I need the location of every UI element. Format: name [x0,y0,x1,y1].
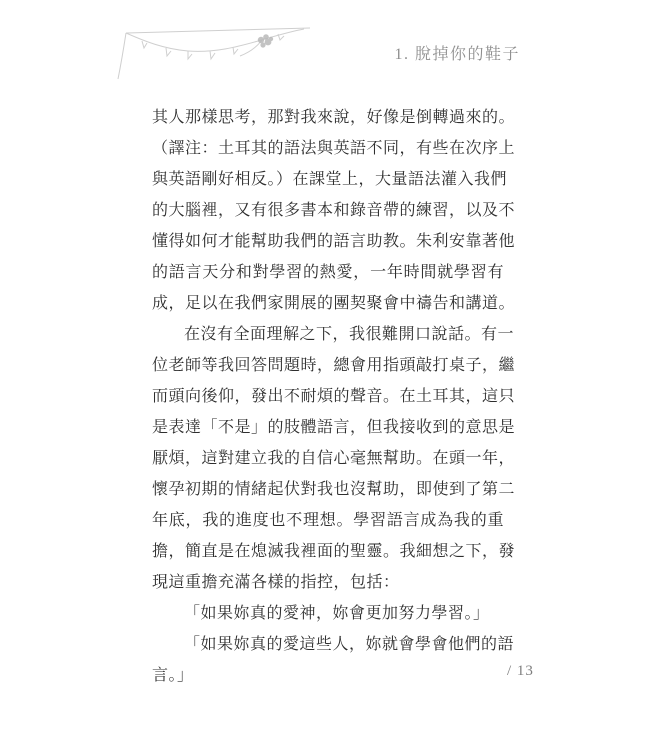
branch-illustration-icon [112,26,314,86]
text-line: 與英語剛好相反。）在課堂上，大量語法灌入我們 [152,164,504,195]
text-line: 擔，簡直是在熄滅我裡面的聖靈。我細想之下，發 [152,536,504,567]
text-line: 懂得如何才能幫助我們的語言助教。朱利安靠著他 [152,226,504,257]
text-line: 厭煩，這對建立我的自信心毫無幫助。在頭一年， [152,443,504,474]
text-line: 的語言天分和對學習的熱愛，一年時間就學習有 [152,257,504,288]
text-line: 位老師等我回答問題時，總會用指頭敲打桌子，繼 [152,350,504,381]
book-page: 1. 脫掉你的鞋子 其人那樣思考，那對我來說，好像是倒轉過來的。 （譯注：土耳其… [0,0,650,750]
chapter-title: 1. 脫掉你的鞋子 [394,41,520,64]
body-text: 其人那樣思考，那對我來說，好像是倒轉過來的。 （譯注：土耳其的語法與英語不同，有… [152,102,504,691]
text-line: 年底，我的進度也不理想。學習語言成為我的重 [152,505,504,536]
text-line: 言。」 [152,660,504,691]
text-line: 懷孕初期的情緒起伏對我也沒幫助，即使到了第二 [152,474,504,505]
text-line: （譯注：土耳其的語法與英語不同，有些在次序上 [152,133,504,164]
text-line: 而頭向後仰，發出不耐煩的聲音。在土耳其，這只 [152,381,504,412]
text-line: 是表達「不是」的肢體語言，但我接收到的意思是 [152,412,504,443]
text-line: 「如果妳真的愛神，妳會更加努力學習。」 [152,598,504,629]
text-line: 「如果妳真的愛這些人，妳就會學會他們的語 [152,629,504,660]
text-line: 其人那樣思考，那對我來說，好像是倒轉過來的。 [152,102,504,133]
text-line: 在沒有全面理解之下，我很難開口說話。有一 [152,319,504,350]
text-line: 現這重擔充滿各樣的指控，包括： [152,567,504,598]
page-number: / 13 [507,663,534,680]
text-line: 成，足以在我們家開展的團契聚會中禱告和講道。 [152,288,504,319]
text-line: 的大腦裡，又有很多書本和錄音帶的練習，以及不 [152,195,504,226]
